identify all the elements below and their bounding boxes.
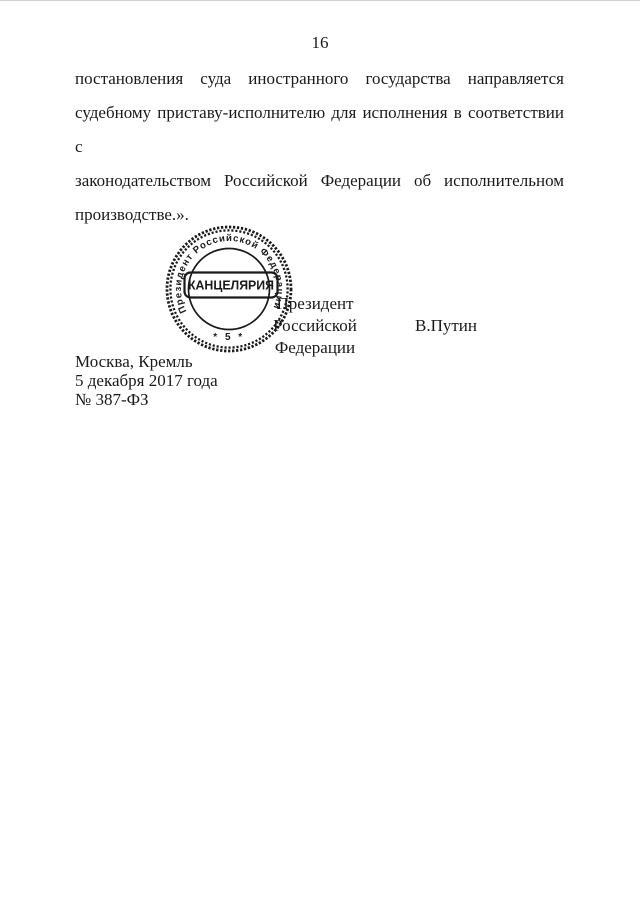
signature-name: В.Путин	[415, 315, 477, 337]
footer-block: Москва, Кремль 5 декабря 2017 года № 387…	[75, 352, 218, 409]
body-line: судебному приставу-исполнителю для испол…	[75, 96, 564, 164]
stamp-center-text: КАНЦЕЛЯРИЯ	[188, 278, 274, 293]
body-line: постановления суда иностранного государс…	[75, 62, 564, 96]
body-line: производстве.».	[75, 198, 564, 232]
footer-date: 5 декабря 2017 года	[75, 371, 218, 390]
footer-place: Москва, Кремль	[75, 352, 218, 371]
page-number: 16	[0, 33, 640, 53]
signature-title-line2: Российской Федерации	[232, 315, 398, 359]
law-body-paragraph: постановления суда иностранного государс…	[75, 62, 564, 232]
signature-title-line1: Президент	[232, 293, 398, 315]
page-top-edge	[0, 0, 640, 1]
signature-title: Президент Российской Федерации	[232, 293, 398, 359]
body-line: законодательством Российской Федерации о…	[75, 164, 564, 198]
footer-law-number: № 387-ФЗ	[75, 390, 218, 409]
